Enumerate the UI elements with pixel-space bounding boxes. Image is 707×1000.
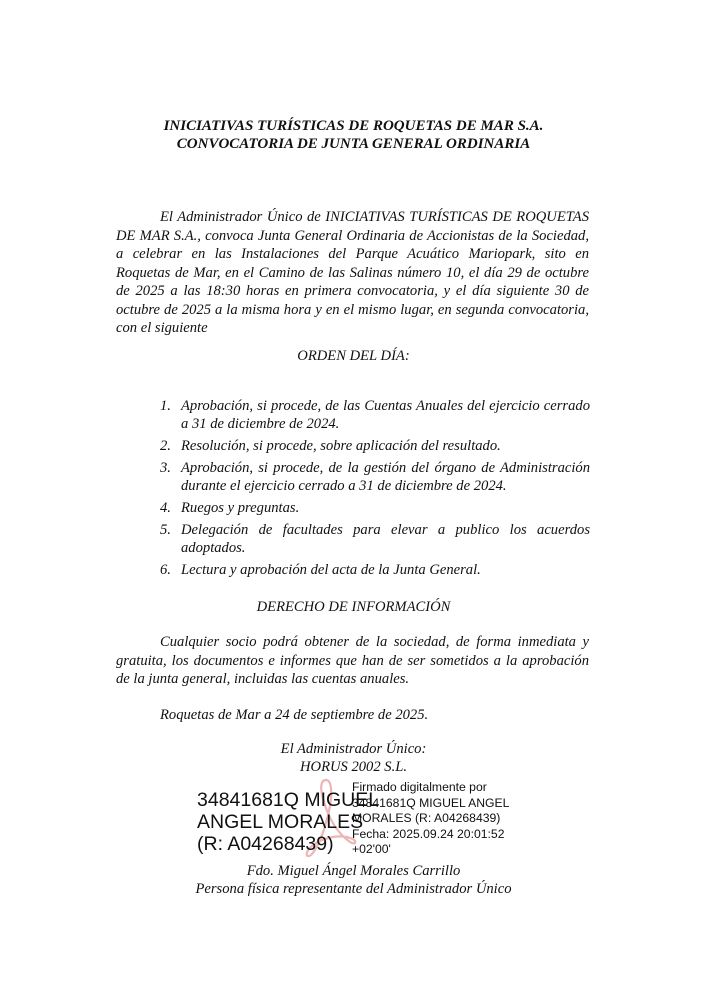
agenda-item: 2.Resolución, si procede, sobre aplicaci… [160,437,590,455]
company-heading: INICIATIVAS TURÍSTICAS DE ROQUETAS DE MA… [0,117,707,135]
intro-text: El Administrador Único de INICIATIVAS TU… [116,209,589,336]
agenda-list: 1.Aprobación, si procede, de las Cuentas… [160,397,590,583]
agenda-item: 6.Lectura y aprobación del acta de la Ju… [160,561,590,579]
signatory-role: El Administrador Único: [0,740,707,758]
digital-signature-info: Firmado digitalmente por 34841681Q MIGUE… [352,780,509,858]
intro-paragraph: El Administrador Único de INICIATIVAS TU… [116,208,589,338]
signatory-company: HORUS 2002 S.L. [0,758,707,776]
agenda-item: 5.Delegación de facultades para elevar a… [160,521,590,557]
agenda-item: 1.Aprobación, si procede, de las Cuentas… [160,397,590,433]
information-paragraph: Cualquier socio podrá obtener de la soci… [116,633,589,689]
information-heading: DERECHO DE INFORMACIÓN [0,598,707,616]
agenda-heading: ORDEN DEL DÍA: [0,347,707,365]
document-title: CONVOCATORIA DE JUNTA GENERAL ORDINARIA [0,135,707,153]
agenda-item: 3.Aprobación, si procede, de la gestión … [160,459,590,495]
place-date: Roquetas de Mar a 24 de septiembre de 20… [116,706,589,725]
agenda-item: 4.Ruegos y preguntas. [160,499,590,517]
signatory-capacity: Persona física representante del Adminis… [0,880,707,898]
signed-by: Fdo. Miguel Ángel Morales Carrillo [0,862,707,880]
